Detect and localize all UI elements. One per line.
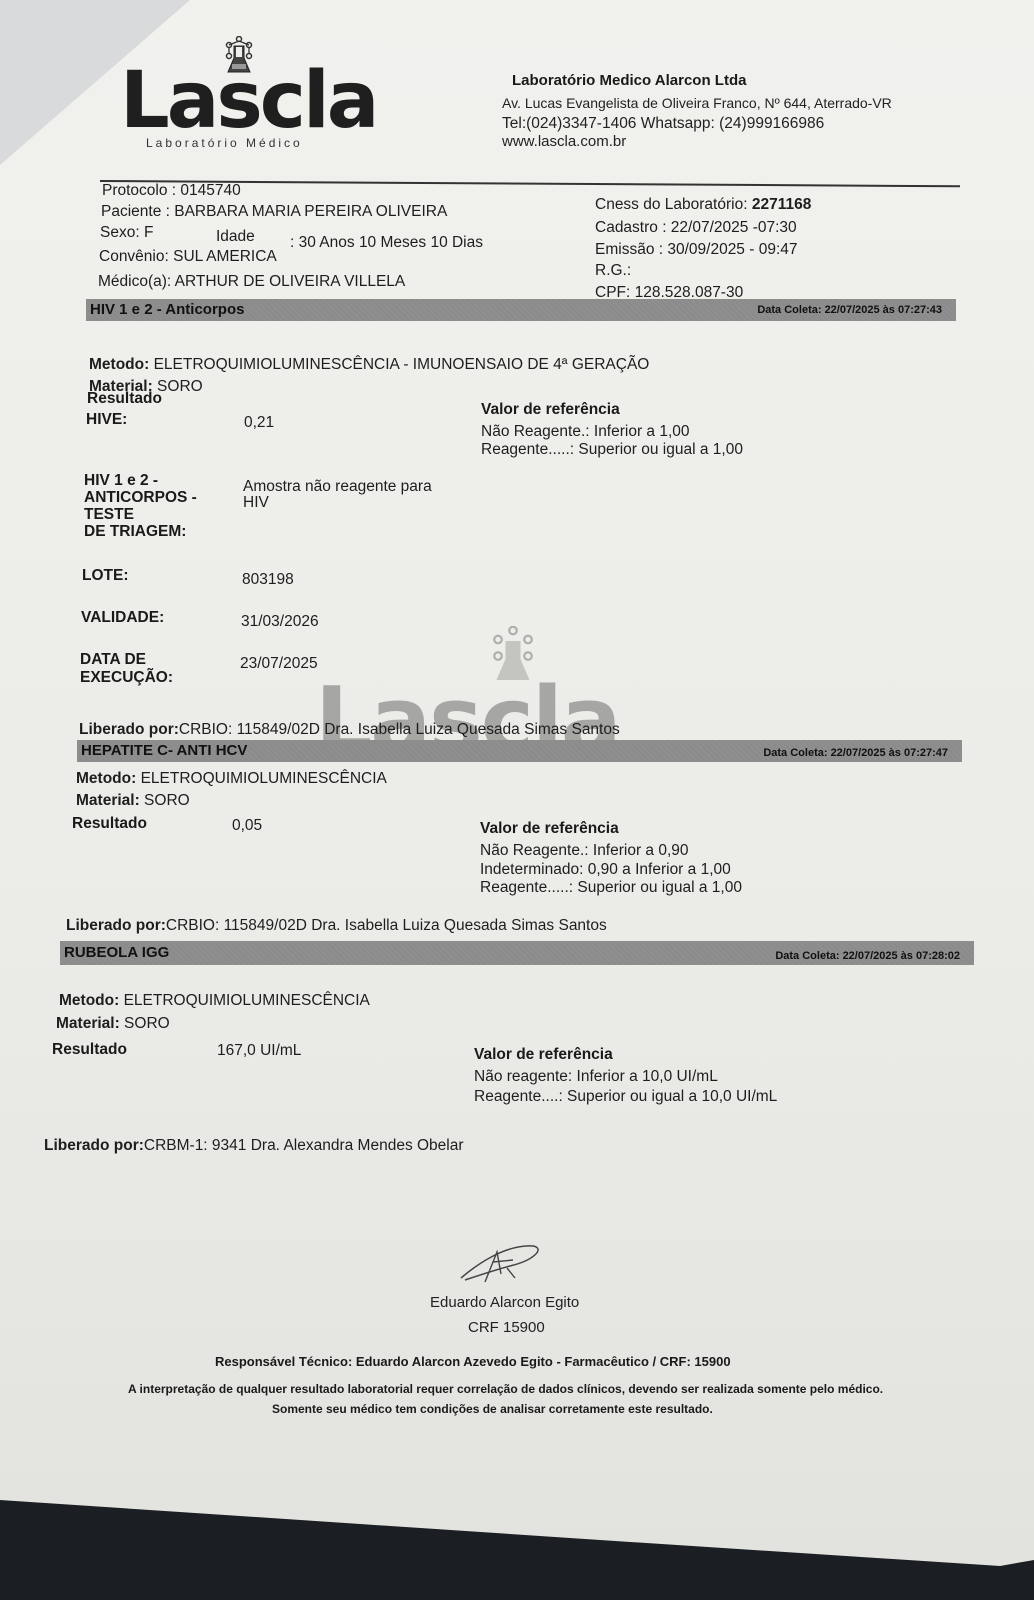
hcv-liberado: Liberado por:CRBIO: 115849/02D Dra. Isab… — [66, 917, 607, 935]
section-header-hcv: HEPATITE C- ANTI HCV Data Coleta: 22/07/… — [77, 740, 962, 762]
section-header-rubeola: RUBEOLA IGG Data Coleta: 22/07/2025 às 0… — [60, 941, 974, 965]
idade-value: : 30 Anos 10 Meses 10 Dias — [290, 234, 483, 252]
hiv-ref-line: Não Reagente.: Inferior a 1,00 — [481, 423, 690, 441]
cadastro: Cadastro : 22/07/2025 -07:30 — [595, 219, 797, 237]
hiv-resultado-label: Resultado — [87, 390, 162, 408]
hcv-ref-line: Indeterminado: 0,90 a Inferior a 1,00 — [480, 861, 731, 879]
logo-subtitle: Laboratório Médico — [146, 136, 303, 150]
hcv-resultado-value: 0,05 — [232, 817, 262, 835]
hcv-ref-line: Reagente.....: Superior ou igual a 1,00 — [480, 879, 742, 897]
hive-label: HIVE: — [86, 411, 127, 429]
validade-value: 31/03/2026 — [241, 613, 319, 631]
execucao-label: DATA DE EXECUÇÃO: — [80, 651, 173, 687]
rg: R.G.: — [595, 262, 631, 280]
execucao-value: 23/07/2025 — [240, 655, 318, 673]
hcv-resultado-label: Resultado — [72, 815, 147, 833]
lote-label: LOTE: — [82, 567, 129, 585]
triagem-label: HIV 1 e 2 - ANTICORPOS - TESTE DE TRIAGE… — [84, 472, 197, 540]
hcv-ref-title: Valor de referência — [480, 820, 619, 838]
rubeola-resultado-value: 167,0 UI/mL — [217, 1042, 301, 1060]
lab-report-page: Lascla Laboratório Médico Laboratório Me… — [0, 0, 1034, 1570]
hcv-ref-line: Não Reagente.: Inferior a 0,90 — [480, 842, 689, 860]
rubeola-ref-line: Reagente....: Superior ou igual a 10,0 U… — [474, 1088, 777, 1106]
disclaimer-line-1: A interpretação de qualquer resultado la… — [128, 1382, 883, 1396]
paciente: Paciente : BARBARA MARIA PEREIRA OLIVEIR… — [101, 203, 447, 221]
lab-name: Laboratório Medico Alarcon Ltda — [512, 72, 746, 89]
protocolo: Protocolo : 0145740 — [102, 182, 241, 200]
signatory-crf: CRF 15900 — [468, 1319, 545, 1336]
lote-value: 803198 — [242, 571, 294, 589]
logo-wordmark: Lascla — [120, 62, 376, 140]
signatory-name: Eduardo Alarcon Egito — [430, 1294, 579, 1311]
hiv-liberado: Liberado por:CRBIO: 115849/02D Dra. Isab… — [79, 721, 620, 739]
hiv-metodo: Metodo: ELETROQUIMIOLUMINESCÊNCIA - IMUN… — [89, 356, 649, 374]
responsavel-tecnico: Responsável Técnico: Eduardo Alarcon Aze… — [215, 1354, 731, 1369]
rubeola-liberado: Liberado por:CRBM-1: 9341 Dra. Alexandra… — [44, 1137, 464, 1155]
validade-label: VALIDADE: — [81, 609, 164, 627]
lab-website[interactable]: www.lascla.com.br — [502, 133, 626, 150]
rubeola-ref-line: Não reagente: Inferior a 10,0 UI/mL — [474, 1068, 718, 1086]
rubeola-resultado-label: Resultado — [52, 1041, 127, 1059]
rubeola-ref-title: Valor de referência — [474, 1046, 613, 1064]
convenio: Convênio: SUL AMERICA — [99, 248, 277, 266]
rubeola-metodo: Metodo: ELETROQUIMIOLUMINESCÊNCIA — [59, 992, 370, 1010]
hive-value: 0,21 — [244, 414, 274, 432]
sexo: Sexo: F — [100, 224, 153, 242]
section-header-hiv: HIV 1 e 2 - Anticorpos Data Coleta: 22/0… — [86, 299, 956, 321]
idade-label: Idade — [216, 228, 255, 246]
disclaimer-line-2: Somente seu médico tem condições de anal… — [272, 1402, 713, 1416]
hcv-metodo: Metodo: ELETROQUIMIOLUMINESCÊNCIA — [76, 770, 387, 788]
lab-logo: Lascla Laboratório Médico — [120, 36, 370, 156]
medico: Médico(a): ARTHUR DE OLIVEIRA VILLELA — [98, 273, 405, 291]
hiv-ref-title: Valor de referência — [481, 401, 620, 419]
signature-mark — [455, 1238, 545, 1286]
lab-phones: Tel:(024)3347-1406 Whatsapp: (24)9991669… — [502, 115, 824, 133]
hiv-ref-line: Reagente.....: Superior ou igual a 1,00 — [481, 441, 743, 459]
hcv-material: Material: SORO — [76, 792, 190, 810]
cness: Cness do Laboratório: 2271168 — [595, 196, 811, 214]
triagem-value: Amostra não reagente para HIV — [243, 479, 432, 511]
lab-address: Av. Lucas Evangelista de Oliveira Franco… — [502, 95, 892, 111]
emissao: Emissão : 30/09/2025 - 09:47 — [595, 241, 798, 259]
rubeola-material: Material: SORO — [56, 1015, 170, 1033]
